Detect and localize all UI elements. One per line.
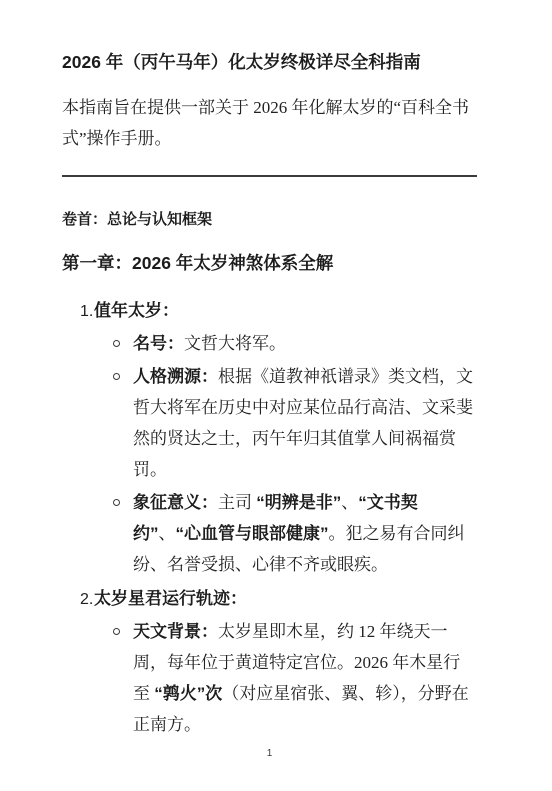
section-divider <box>62 175 477 177</box>
bullet-text: 主司 <box>218 493 256 512</box>
volume-heading: 卷首：总论与认知框架 <box>62 204 477 235</box>
bullet-text: 、 <box>159 524 176 543</box>
bullet-text: 、 <box>341 493 358 512</box>
list-item-orbit-head: 2.太岁星君运行轨迹： <box>62 583 477 615</box>
bullet-label: 人格溯源： <box>133 367 218 386</box>
intro-paragraph: 本指南旨在提供一部关于 2026 年化解太岁的“百科全书式”操作手册。 <box>62 92 477 154</box>
list-item-number: 1. <box>80 296 94 327</box>
bullet-item-name: 名号：文哲大将军。 <box>62 328 477 359</box>
bullet-circle-icon <box>113 340 120 347</box>
bullet-item-symbolism: 象征意义：主司 “明辨是非”、“文书契约”、“心血管与眼部健康”。犯之易有合同纠… <box>62 487 477 580</box>
bullet-bold-phrase: “心血管与眼部健康” <box>176 524 329 543</box>
bullet-label: 天文背景： <box>133 622 218 641</box>
list-item-title: 太岁星君运行轨迹： <box>94 589 247 608</box>
doc-title: 2026 年（丙午马年）化太岁终极详尽全科指南 <box>62 47 477 78</box>
bullet-bold-phrase: “明辨是非” <box>256 493 341 512</box>
list-item-taisui-head: 1.值年太岁： <box>62 295 477 327</box>
bullet-circle-icon <box>113 628 120 635</box>
bullet-label: 名号： <box>133 334 184 353</box>
ordered-list: 1.值年太岁： 名号：文哲大将军。 人格溯源：根据《道教神祇谱录》类文档，文哲大… <box>62 295 477 740</box>
bullet-circle-icon <box>113 499 120 506</box>
list-item-title: 值年太岁： <box>94 301 179 320</box>
list-item-number: 2. <box>80 584 94 615</box>
chapter-heading: 第一章：2026 年太岁神煞体系全解 <box>62 248 477 279</box>
bullet-text: 文哲大将军。 <box>184 334 286 353</box>
bullet-bold-phrase: “鹑火”次 <box>154 684 222 703</box>
bullet-label: 象征意义： <box>133 493 218 512</box>
bullet-item-astronomy: 天文背景：太岁星即木星，约 12 年绕天一周，每年位于黄道特定宫位。2026 年… <box>62 616 477 740</box>
bullet-item-origin: 人格溯源：根据《道教神祇谱录》类文档，文哲大将军在历史中对应某位品行高洁、文采斐… <box>62 361 477 485</box>
document-page: 2026 年（丙午马年）化太岁终极详尽全科指南 本指南旨在提供一部关于 2026… <box>0 0 552 791</box>
page-number: 1 <box>62 748 477 759</box>
bullet-circle-icon <box>113 373 120 380</box>
